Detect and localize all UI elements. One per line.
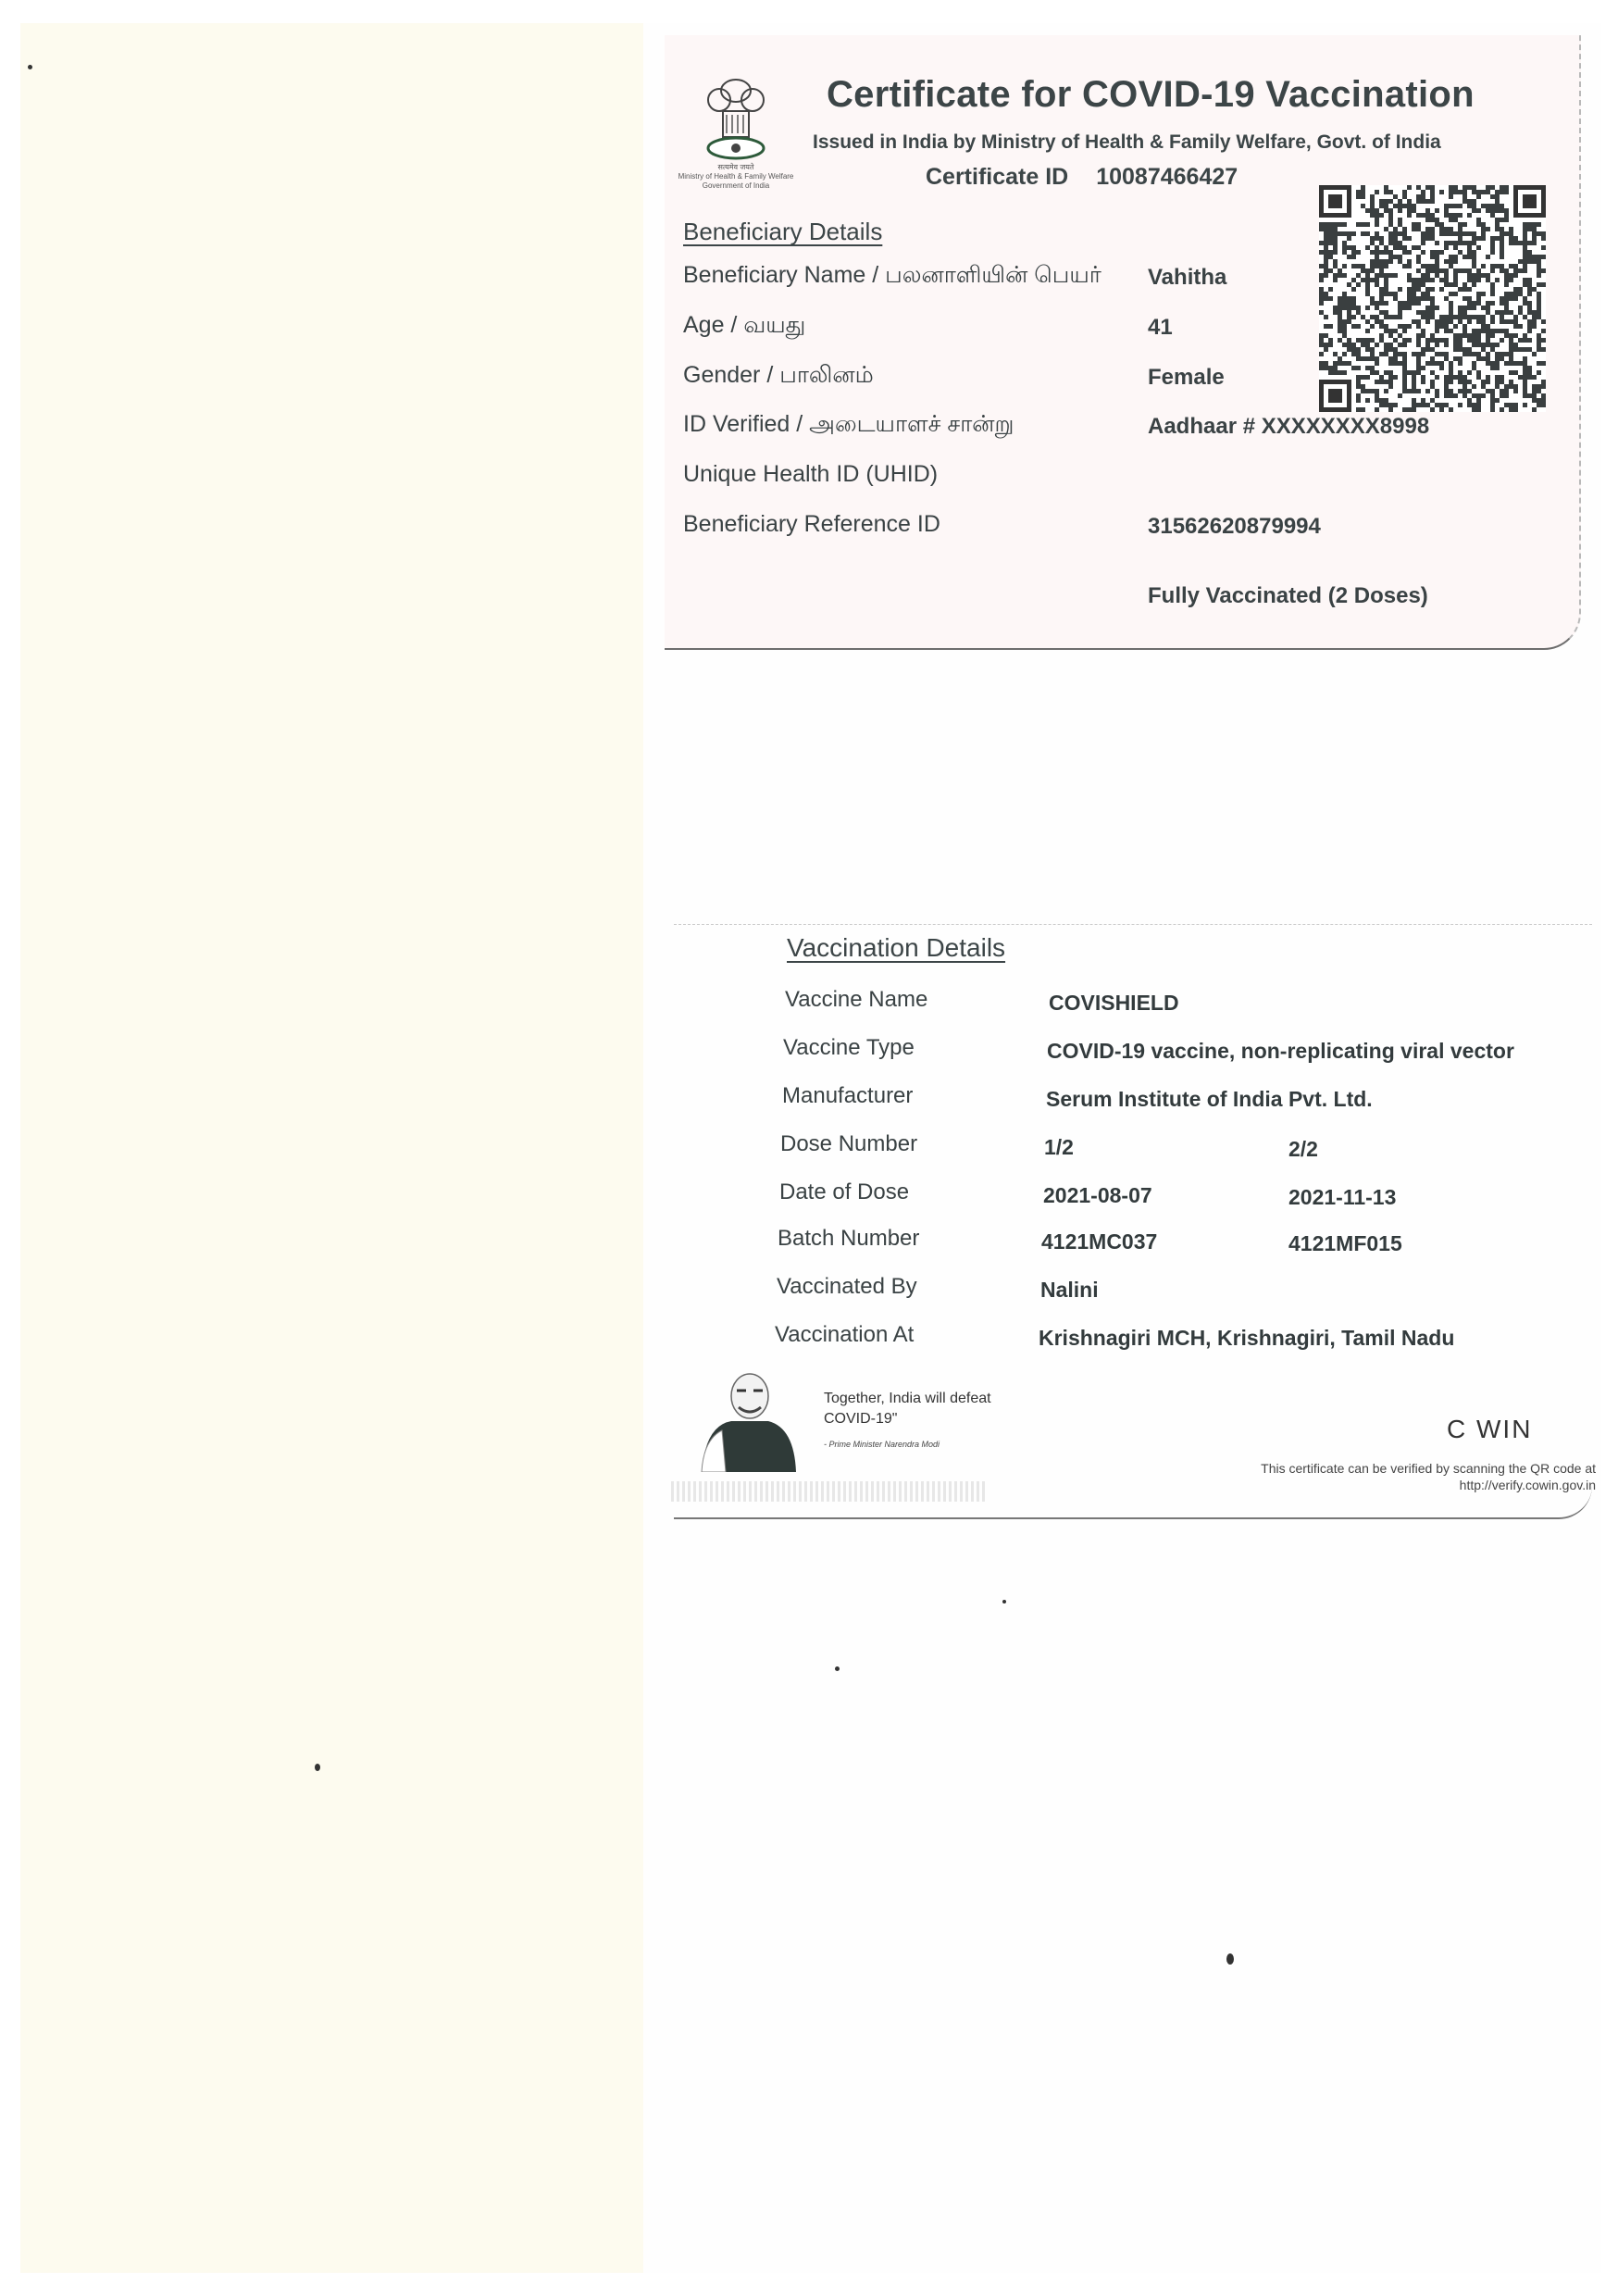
national-emblem-icon [699,74,773,162]
vaccination-row-value: COVID-19 vaccine, non-replicating viral … [1047,1039,1514,1064]
beneficiary-row-label: ID Verified / அடையாளச் சான்று [683,411,1014,441]
scan-speck [835,1666,840,1671]
cowin-logo: C WIN [1447,1415,1532,1444]
vaccination-row-label: Vaccinated By [777,1274,917,1300]
vaccination-row-value: 4121MC037 [1041,1229,1157,1254]
vaccination-row-label: Dose Number [780,1131,917,1157]
beneficiary-row-label: Beneficiary Name / பலனாளியின் பெயர் [683,262,1101,292]
vaccination-row-value: Nalini [1040,1278,1099,1303]
beneficiary-row-value: Aadhaar # XXXXXXXX8998 [1148,414,1429,440]
vaccination-row-value: Krishnagiri MCH, Krishnagiri, Tamil Nadu [1039,1326,1454,1351]
beneficiary-row-value: 41 [1148,315,1173,341]
certificate-id: Certificate ID10087466427 [926,164,1238,191]
beneficiary-row-label: Gender / பாலினம் [683,362,874,392]
beneficiary-details-heading: Beneficiary Details [683,218,882,246]
vaccination-details-heading: Vaccination Details [787,933,1005,963]
beneficiary-row-label: Beneficiary Reference ID [683,511,940,538]
vaccination-row-label: Vaccine Type [783,1035,915,1061]
vaccination-row-label: Batch Number [778,1226,919,1252]
verify-instruction: This certificate can be verified by scan… [1168,1460,1596,1477]
vaccination-row-value: 1/2 [1044,1135,1074,1160]
certificate-subtitle: Issued in India by Ministry of Health & … [813,131,1441,154]
prime-minister-photo [694,1370,801,1472]
fine-print-illegible [671,1481,986,1502]
vaccination-row-label: Date of Dose [779,1179,909,1205]
vaccination-row-label: Vaccination At [775,1322,914,1348]
pm-quote: Together, India will defeat COVID-19" [824,1389,991,1429]
scan-speck [315,1764,320,1771]
emblem-motto: सत्यमेव जयते [662,163,810,172]
vaccination-row-value-dose2: 4121MF015 [1288,1231,1402,1256]
vaccination-row-value: 2021-08-07 [1043,1183,1152,1208]
scan-speck [1002,1600,1006,1603]
vaccination-row-label: Vaccine Name [785,987,927,1013]
beneficiary-row-label: Age / வயது [683,312,805,342]
ministry-name: Ministry of Health & Family Welfare [662,172,810,181]
scan-left-margin [20,23,643,2273]
ministry-caption: सत्यमेव जयते Ministry of Health & Family… [662,163,810,191]
verify-url[interactable]: http://verify.cowin.gov.in [1168,1477,1596,1493]
beneficiary-row-value: 31562620879994 [1148,514,1321,540]
quote-attribution: - Prime Minister Narendra Modi [824,1440,940,1449]
verification-note: This certificate can be verified by scan… [1168,1460,1596,1493]
quote-line-2: COVID-19" [824,1409,991,1429]
certificate-id-label: Certificate ID [926,164,1068,190]
beneficiary-row-value: Vahitha [1148,265,1226,291]
vaccination-row-value: Serum Institute of India Pvt. Ltd. [1046,1087,1373,1112]
scan-speck [28,65,32,69]
quote-line-1: Together, India will defeat [824,1389,991,1409]
certificate-id-value: 10087466427 [1096,164,1238,190]
beneficiary-row-value: Female [1148,365,1225,391]
scan-speck [1226,1953,1234,1965]
vaccination-row-value: COVISHIELD [1049,991,1179,1016]
qr-code-icon[interactable] [1319,185,1546,412]
vaccination-row-label: Manufacturer [782,1083,913,1109]
government-name: Government of India [662,181,810,191]
vaccination-status: Fully Vaccinated (2 Doses) [1148,583,1428,609]
vaccination-row-value-dose2: 2/2 [1288,1137,1318,1162]
certificate-title: Certificate for COVID-19 Vaccination [827,74,1475,116]
beneficiary-row-label: Unique Health ID (UHID) [683,461,938,488]
vaccination-row-value-dose2: 2021-11-13 [1288,1185,1396,1210]
